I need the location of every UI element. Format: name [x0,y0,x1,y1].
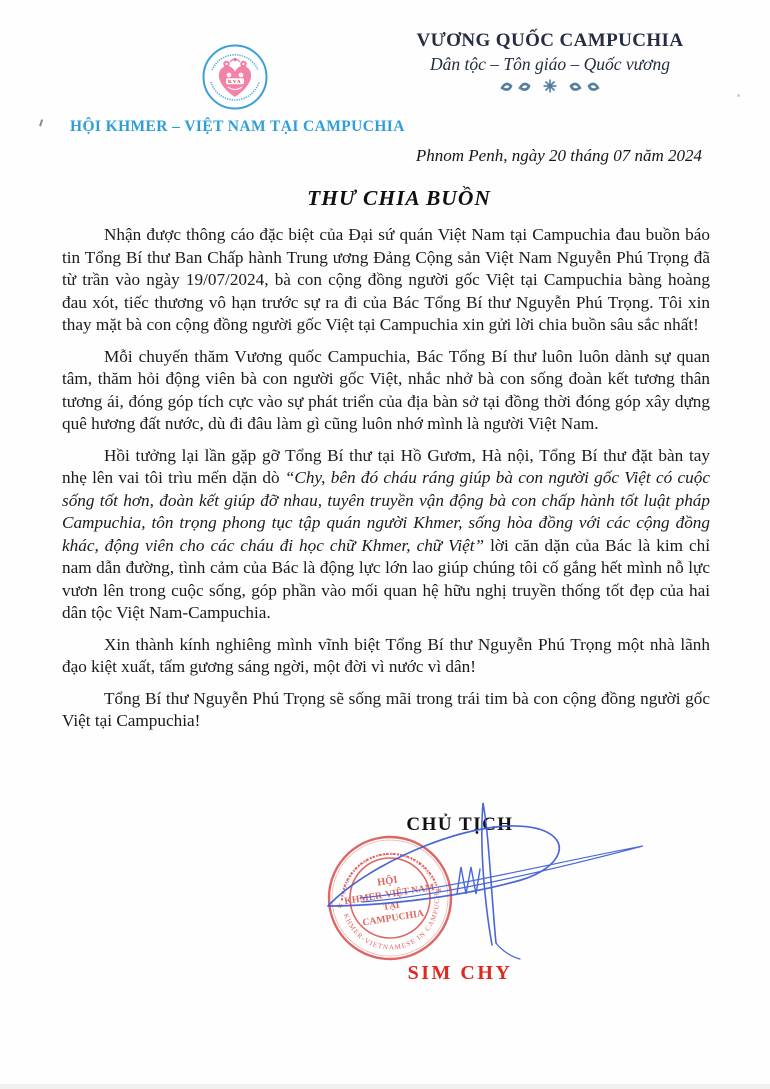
logo-monogram: KVA [228,79,242,84]
scan-artifact [39,119,47,128]
stamp-line-3: TẠI [382,900,400,912]
org-name: HỘI KHMER – VIỆT NAM TẠI CAMPUCHIA [70,118,400,136]
condolence-letter-page: KVA HỘI KHMER – VIỆT NAM TẠI CAMPUCHIA V… [0,0,770,1089]
letter-title: THƯ CHIA BUỒN [14,186,770,211]
letter-body: Nhận được thông cáo đặc biệt của Đại sứ … [62,224,710,742]
paragraph-5: Tổng Bí thư Nguyễn Phú Trọng sẽ sống mãi… [62,688,710,733]
national-title: VƯƠNG QUỐC CAMPUCHIA [395,30,705,52]
national-motto: Dân tộc – Tôn giáo – Quốc vương [395,54,705,75]
org-logo-emblem-icon: KVA [200,42,270,112]
paragraph-2: Mỗi chuyến thăm Vương quốc Campuchia, Bá… [62,346,710,436]
paragraph-3: Hồi tưởng lại lần gặp gỡ Tổng Bí thư tại… [62,445,710,625]
paragraph-1: Nhận được thông cáo đặc biệt của Đại sứ … [62,224,710,337]
official-stamp: * * KHMER-VIETNAMESE IN CAMPUCHIA HỘI KH… [323,831,457,965]
scan-artifact [737,94,740,97]
org-header: KVA HỘI KHMER – VIỆT NAM TẠI CAMPUCHIA [70,42,400,136]
dateline: Phnom Penh, ngày 20 tháng 07 năm 2024 [0,146,702,166]
national-header: VƯƠNG QUỐC CAMPUCHIA Dân tộc – Tôn giáo … [395,30,705,99]
stamp-line-4: CAMPUCHIA [362,908,425,929]
stamp-line-1: HỘI [376,873,398,889]
paragraph-4: Xin thành kính nghiêng mình vĩnh biệt Tổ… [62,634,710,679]
signer-name: SIM CHY [340,962,580,985]
stamp-star-left: * [336,900,345,916]
flourish-divider-icon [498,78,602,94]
